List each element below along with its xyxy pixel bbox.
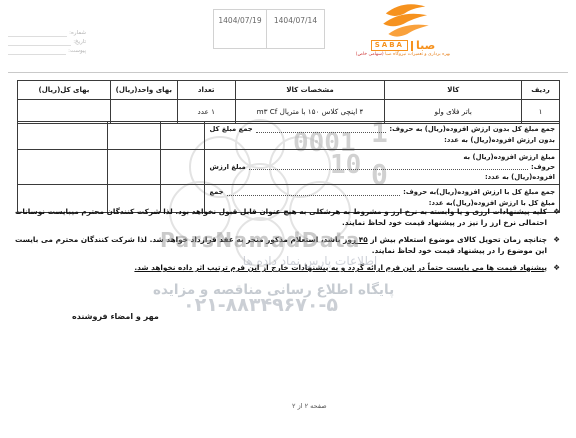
empty-cell (18, 122, 108, 150)
list-item: ❖ پیشنهاد قیمت ها می بایست حتماً در این … (15, 262, 560, 273)
col-header-item: کالا (385, 81, 522, 100)
note-underlined-part: پیشنهاد قیمت ها می بایست حتماً در این فر… (134, 263, 547, 272)
brand-divider (411, 41, 413, 51)
meta-number-row: شماره: (8, 30, 86, 39)
list-item: ❖ چنانچه زمان تحویل کالای موضوع استعلام … (15, 234, 560, 256)
meta-date-row: تاریخ: (8, 39, 86, 48)
attachment-fill-line (8, 54, 66, 55)
note-text: کلیه پیشنهادات ارزی و یا وابسته به نرخ ا… (15, 206, 547, 228)
date-boxes: 1404/07/19 1404/07/14 (213, 9, 325, 49)
cell-row-number: ۱ (522, 100, 560, 124)
col-header-row-number: ردیف (522, 81, 560, 100)
empty-cell (18, 150, 108, 185)
note-text: چنانچه زمان تحویل کالای موضوع استعلام بی… (15, 234, 547, 256)
vat-amount-number-label: افزوده(ریال) به عدد: (209, 172, 555, 182)
empty-cell (160, 150, 205, 185)
total-without-vat-label: جمع مبلغ کل بدون ارزش افزوده(ریال) به حر… (205, 122, 560, 150)
date-cell-2: 1404/07/14 (267, 9, 325, 49)
col-header-qty: تعداد (177, 81, 235, 100)
bullet-icon: ❖ (547, 206, 560, 228)
number-label: شماره: (69, 30, 86, 36)
total-with-vat-words-label: جمع مبلغ کل با ارزش افزوده(ریال)به حروف: (403, 187, 555, 198)
cell-total-price (18, 100, 111, 124)
notes-section: ❖ کلیه پیشنهادات ارزی و یا وابسته به نرخ… (15, 206, 560, 279)
list-item: ❖ کلیه پیشنهادات ارزی و یا وابسته به نرخ… (15, 206, 560, 228)
col-header-unit-price: بهای واحد(ریال) (110, 81, 177, 100)
header-separator (8, 72, 568, 73)
saba-logo: SABA صبا بهره برداری و تعمیرات نیروگاه ص… (348, 2, 458, 57)
tagline-note: (سهامی خاص) (356, 52, 384, 57)
bullet-icon: ❖ (547, 234, 560, 256)
attachment-label: پیوست: (68, 48, 86, 54)
note-text: پیشنهاد قیمت ها می بایست حتماً در این فر… (15, 262, 547, 273)
note-text-part: چنانچه زمان تحویل کالای موضوع استعلام بی… (368, 235, 547, 244)
cell-item: باتر فلای ولو (385, 100, 522, 124)
total-with-vat-wrap: جمع (209, 187, 223, 198)
total-without-vat-words-label: جمع مبلغ کل بدون ارزش افزوده(ریال) به حر… (389, 124, 555, 135)
meta-attachment-row: پیوست: (8, 48, 86, 57)
note-text-part: کلیه پیشنهادات ارزی و یا وابسته به نرخ ا… (15, 207, 547, 227)
totals-row-without-vat: جمع مبلغ کل بدون ارزش افزوده(ریال) به حر… (18, 122, 560, 150)
empty-cell (107, 122, 160, 150)
saba-wordmark: SABA صبا (348, 40, 458, 51)
date-fill-line (8, 45, 71, 46)
number-fill-line (8, 36, 67, 37)
vat-amount-line1: مبلغ ارزش افزوده(ریال) به (209, 152, 555, 162)
items-table: ردیف کالا مشخصات کالا تعداد بهای واحد(ری… (17, 80, 560, 124)
total-without-vat-wrap: جمع مبلغ کل (209, 124, 252, 135)
items-header-row: ردیف کالا مشخصات کالا تعداد بهای واحد(ری… (18, 81, 560, 100)
fill-dots (256, 132, 387, 133)
cell-unit-price (110, 100, 177, 124)
col-header-total-price: بهای کل(ریال) (18, 81, 111, 100)
date-cell-1: 1404/07/19 (213, 9, 267, 49)
table-row: ۱ باتر فلای ولو ۴ اینچی کلاس ۱۵۰ با متری… (18, 100, 560, 124)
bullet-icon: ❖ (547, 262, 560, 273)
totals-row-vat-amount: مبلغ ارزش افزوده(ریال) به حروف: مبلغ ارز… (18, 150, 560, 185)
tender-portal-watermark: پایگاه اطلاع رسانی مناقصه و مزایده (153, 282, 394, 298)
cell-qty: ۱ عدد (177, 100, 235, 124)
saba-latin-wordmark: SABA (371, 40, 408, 51)
vat-amount-wrap: مبلغ ارزش (209, 162, 245, 172)
col-header-specs: مشخصات کالا (235, 81, 385, 100)
empty-cell (160, 122, 205, 150)
note-underlined-part: ۴۵ روز (343, 235, 368, 244)
meta-fields: شماره: تاریخ: پیوست: (8, 30, 86, 57)
vat-amount-label: مبلغ ارزش افزوده(ریال) به حروف: مبلغ ارز… (205, 150, 560, 185)
saba-logo-waves-icon (360, 2, 446, 42)
vat-amount-words-label: حروف: (531, 162, 555, 172)
document-page: 0001 10 1 0 شماره: تاریخ: پیوست: 1404/07… (0, 0, 576, 438)
saba-farsi-wordmark: صبا (416, 40, 435, 51)
total-without-vat-number-label: بدون ارزش افزوده(ریال) به عدد: (209, 135, 555, 146)
page-number: صفحه ۲ از ۲ (292, 402, 327, 410)
tagline-text: بهره برداری و تعمیرات نیروگاه صبا (385, 52, 450, 57)
logo-tagline: بهره برداری و تعمیرات نیروگاه صبا (سهامی… (348, 52, 458, 57)
phone-watermark: ۰۲۱-۸۸۳۴۹۶۷۰-۵ (183, 294, 338, 316)
empty-cell (107, 150, 160, 185)
seller-signature-label: مهر و امضاء فروشنده (72, 312, 159, 321)
date-label: تاریخ: (73, 39, 86, 45)
cell-specs: ۴ اینچی کلاس ۱۵۰ با متریال m۳ Cf (235, 100, 385, 124)
fill-dots (249, 169, 528, 170)
totals-table: جمع مبلغ کل بدون ارزش افزوده(ریال) به حر… (17, 121, 560, 213)
fill-dots (227, 195, 401, 196)
